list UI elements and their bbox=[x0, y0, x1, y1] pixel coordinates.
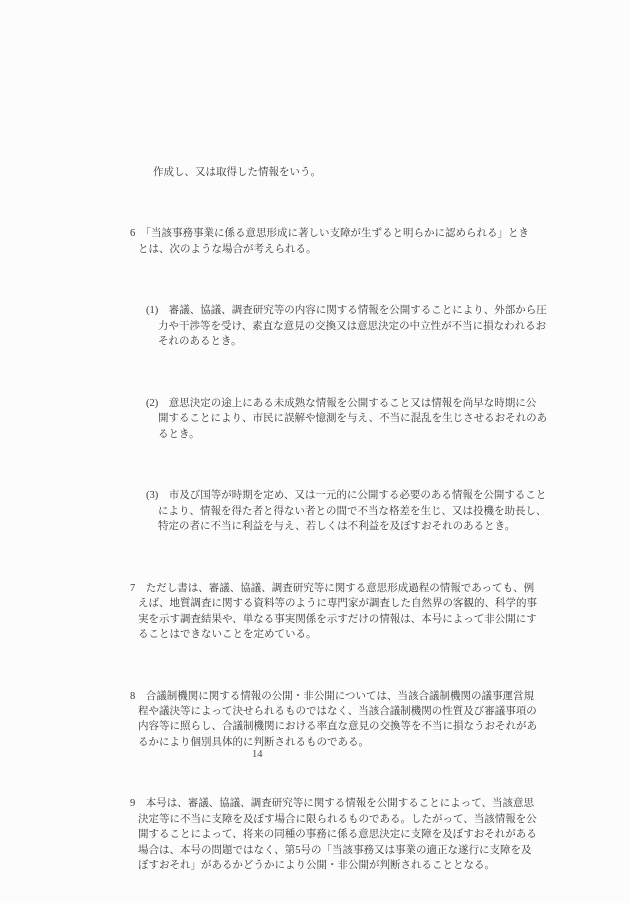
paragraph-intro-tail: 作成し、又は取得した情報をいう。 bbox=[130, 165, 530, 180]
document-page: 作成し、又は取得した情報をいう。 6 「当該事務事業に係る意思形成に著しい支障が… bbox=[0, 0, 630, 903]
body-text: 作成し、又は取得した情報をいう。 6 「当該事務事業に係る意思形成に著しい支障が… bbox=[130, 134, 530, 903]
paragraph-6-item-1: (1) 審議、協議、調査研究等の内容に関する情報を公開することにより、外部から圧… bbox=[130, 303, 530, 349]
paragraph-6: 6 「当該事務事業に係る意思形成に著しい支障が生ずると明らかに認められる」とき … bbox=[130, 226, 530, 257]
paragraph-9: 9 本号は、審議、協議、調査研究等に関する情報を公開することによって、当該意思 … bbox=[130, 796, 530, 873]
paragraph-6-item-3: (3) 市及び国等が時期を定め、又は一元的に公開する必要のある情報を公開すること… bbox=[130, 488, 530, 534]
page-number: 14 bbox=[252, 749, 263, 760]
paragraph-6-item-2: (2) 意思決定の途上にある未成熟な情報を公開すること又は情報を尚早な時期に公 … bbox=[130, 396, 530, 442]
paragraph-7: 7 ただし書は、審議、協議、調査研究等に関する意思形成過程の情報であっても、例 … bbox=[130, 581, 530, 643]
paragraph-8: 8 合議制機関に関する情報の公開・非公開については、当該合議制機関の議事運営規 … bbox=[130, 689, 530, 751]
